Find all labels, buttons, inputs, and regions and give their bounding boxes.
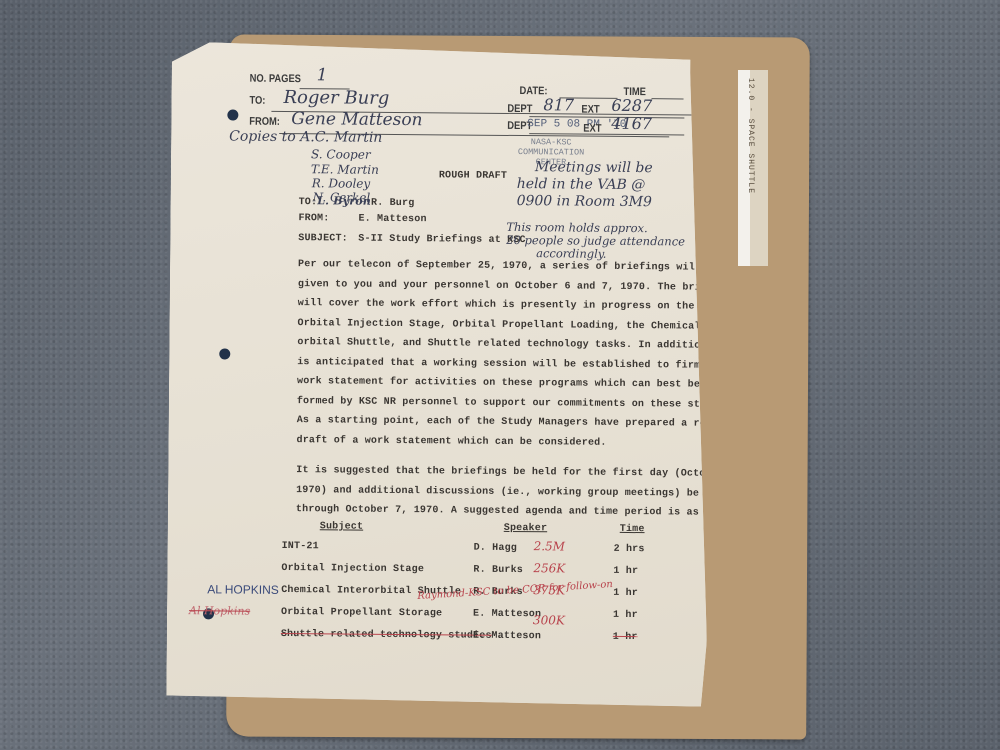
memo-subject-value: S-II Study Briefings at KSC [358, 234, 526, 246]
folder-tab-label: 12.0 - SPACE SHUTTLE [738, 70, 768, 266]
agenda-speaker: E. Matteson [473, 609, 541, 621]
agenda-time: 1 hr [613, 566, 638, 577]
room-capacity-note: This room holds approx. 20 people so jud… [506, 221, 685, 262]
copies-to-note: Copies to A.C. Martin [229, 129, 382, 146]
agenda-time: 1 hr [613, 588, 638, 599]
agenda-cost-note: 2.5M [534, 539, 565, 553]
copy-recipient: R. Dooley [312, 176, 371, 191]
dept-label: DEPT [507, 103, 532, 115]
agenda-time: 1 hr [613, 632, 638, 643]
no-pages-label: NO. PAGES [250, 73, 301, 85]
dept-value: 817 [543, 95, 574, 114]
agenda-subject: Orbital Injection Stage [281, 563, 424, 575]
agenda-speaker: D. Hagg [474, 543, 518, 554]
memo-from-value: E. Matteson [358, 214, 426, 226]
to-label: TO: [249, 95, 265, 107]
meeting-location-note: Meetings will be held in the VAB @ 0900 … [517, 159, 653, 211]
agenda-header-time: Time [620, 524, 645, 535]
ext2-value: 4167 [611, 114, 652, 133]
agenda-header-speaker: Speaker [504, 523, 548, 534]
agenda-subject: Orbital Propellant Storage [281, 607, 442, 619]
agenda-subject: Shuttle related technology studies [281, 629, 492, 642]
memo-subject-label: SUBJECT: [298, 233, 348, 244]
agenda-margin-note: AL HOPKINS [207, 582, 279, 597]
ext-value: 6287 [611, 96, 652, 115]
agenda-header-subject: Subject [320, 521, 364, 532]
agenda-margin-note: Al Hopkins [189, 604, 250, 618]
copy-recipient: T.E. Martin [311, 162, 379, 177]
from-value: Gene Matteson [291, 109, 422, 130]
no-pages-value: 1 [317, 65, 328, 85]
memo-to: TO:L. ByronR. Burg [299, 194, 415, 209]
punch-hole-middle [219, 348, 230, 359]
punch-hole-top [227, 109, 238, 120]
to-value: Roger Burg [283, 87, 389, 109]
from-label: FROM: [249, 116, 280, 128]
agenda-speaker: R. Burks [473, 565, 523, 576]
folder-label-text: 12.0 - SPACE SHUTTLE [746, 78, 755, 194]
copy-recipient: S. Cooper [311, 147, 371, 162]
agenda-cost-note: 256K [533, 561, 565, 575]
agenda-time: 1 hr [613, 610, 638, 621]
memo-paragraph-1: Per our telecon of September 25, 1970, a… [296, 255, 744, 454]
agenda-speaker: E. Matteson [473, 631, 541, 643]
memo-from-label: FROM: [298, 213, 329, 224]
memo-document: NO. PAGES 1 TO: Roger Burg FROM: Gene Ma… [166, 42, 712, 707]
agenda-time: 2 hrs [614, 544, 645, 555]
ext-label: EXT [581, 104, 599, 116]
rough-draft-label: ROUGH DRAFT [439, 170, 507, 182]
memo-paragraph-2: It is suggested that the briefings be he… [296, 461, 762, 524]
agenda-cost-note: 300K [533, 613, 565, 627]
red-cor-annotation: Raymond-KSC to be COR for follow-on [417, 579, 613, 602]
agenda-subject: INT-21 [282, 541, 319, 552]
